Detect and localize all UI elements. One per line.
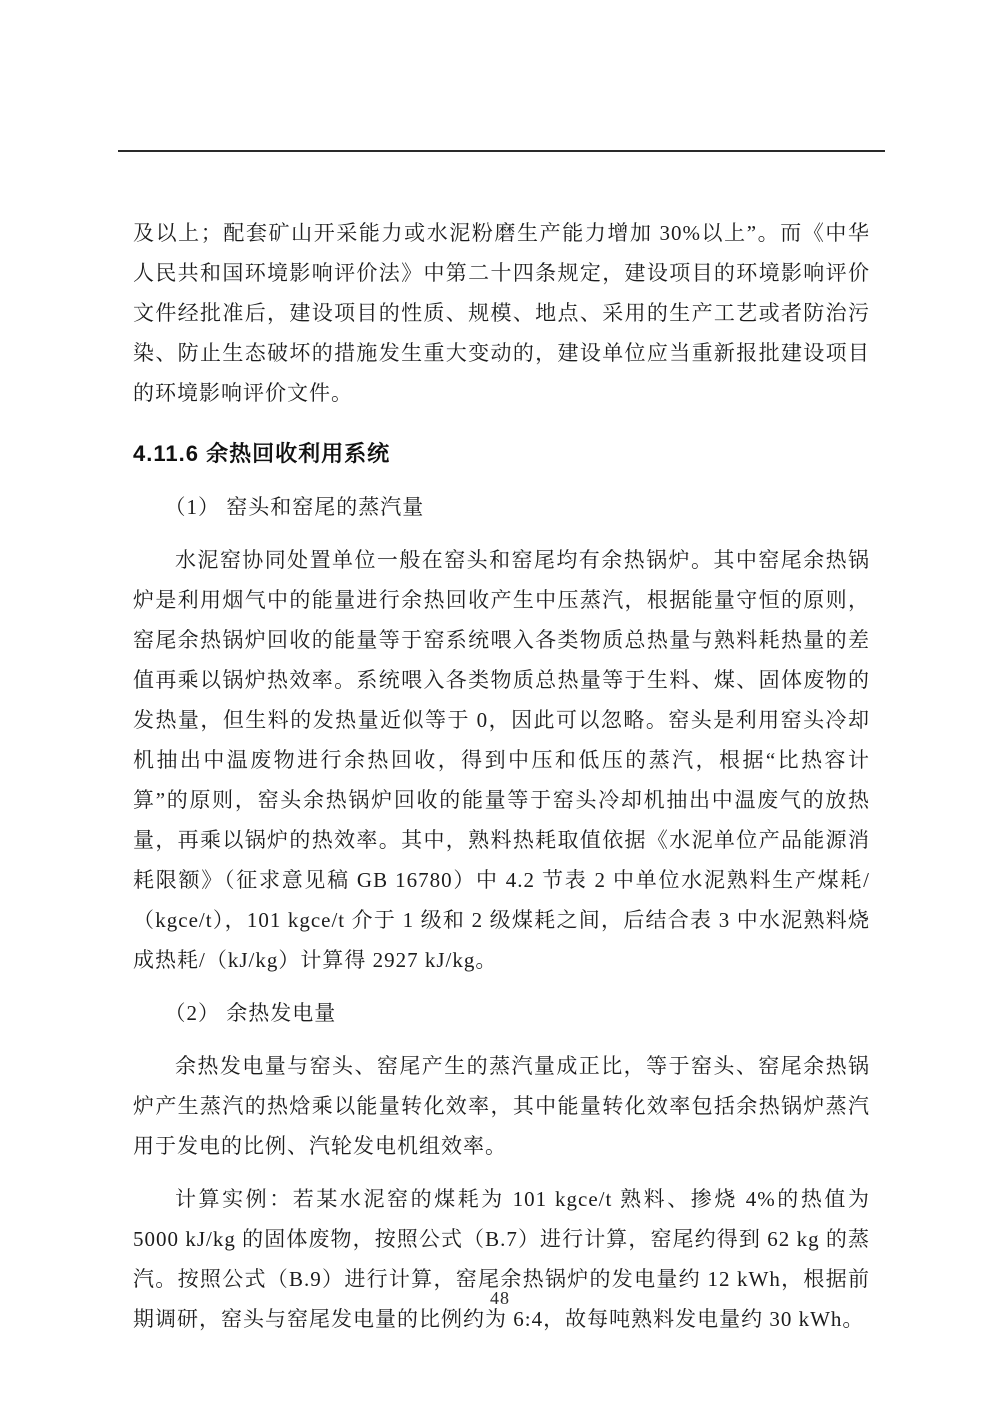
- page-number: 48: [0, 1288, 1000, 1309]
- list-item-steam-quantity: （1） 窑头和窑尾的蒸汽量: [133, 487, 870, 527]
- document-body: 及以上；配套矿山开采能力或水泥粉磨生产能力增加 30%以上”。而《中华人民共和国…: [133, 213, 870, 1339]
- document-page: 及以上；配套矿山开采能力或水泥粉磨生产能力增加 30%以上”。而《中华人民共和国…: [0, 0, 1000, 1414]
- section-heading: 4.11.6 余热回收利用系统: [133, 434, 870, 474]
- paragraph-steam-quantity: 水泥窑协同处置单位一般在窑头和窑尾均有余热锅炉。其中窑尾余热锅炉是利用烟气中的能…: [133, 540, 870, 980]
- header-rule: [118, 150, 885, 152]
- paragraph-power-generation: 余热发电量与窑头、窑尾产生的蒸汽量成正比，等于窑头、窑尾余热锅炉产生蒸汽的热焓乘…: [133, 1046, 870, 1166]
- paragraph-continuation: 及以上；配套矿山开采能力或水泥粉磨生产能力增加 30%以上”。而《中华人民共和国…: [133, 213, 870, 413]
- paragraph-calculation-example: 计算实例：若某水泥窑的煤耗为 101 kgce/t 熟料、掺烧 4%的热值为 5…: [133, 1179, 870, 1339]
- list-item-power-generation: （2） 余热发电量: [133, 993, 870, 1033]
